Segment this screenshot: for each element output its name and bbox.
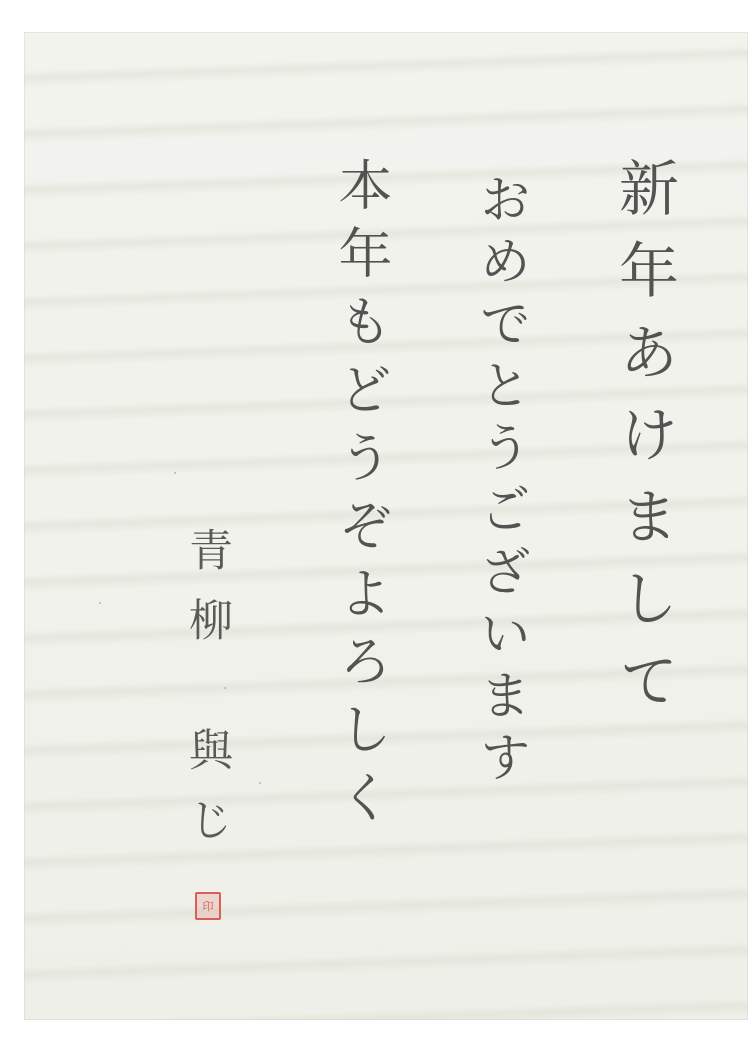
red-ink-speck — [224, 687, 226, 689]
artist-signature: 青柳與じ — [184, 527, 228, 867]
calligraphy-paper: 新年あけまして おめでとうございます 本年もどうぞよろしく 青柳與じ 印 — [24, 32, 748, 1020]
seal-glyph: 印 — [203, 901, 214, 912]
signature-family-name: 青柳 — [181, 527, 232, 667]
red-ink-speck — [99, 602, 101, 604]
red-ink-speck — [174, 472, 176, 474]
calligraphy-column-1: 新年あけまして — [614, 157, 674, 731]
calligraphy-column-3: 本年もどうぞよろしく — [334, 157, 388, 837]
red-ink-speck — [259, 782, 261, 784]
calligraphy-column-2: おめでとうございます — [474, 172, 526, 792]
red-seal-stamp-icon: 印 — [195, 892, 221, 920]
signature-given-name: 與じ — [184, 727, 228, 867]
